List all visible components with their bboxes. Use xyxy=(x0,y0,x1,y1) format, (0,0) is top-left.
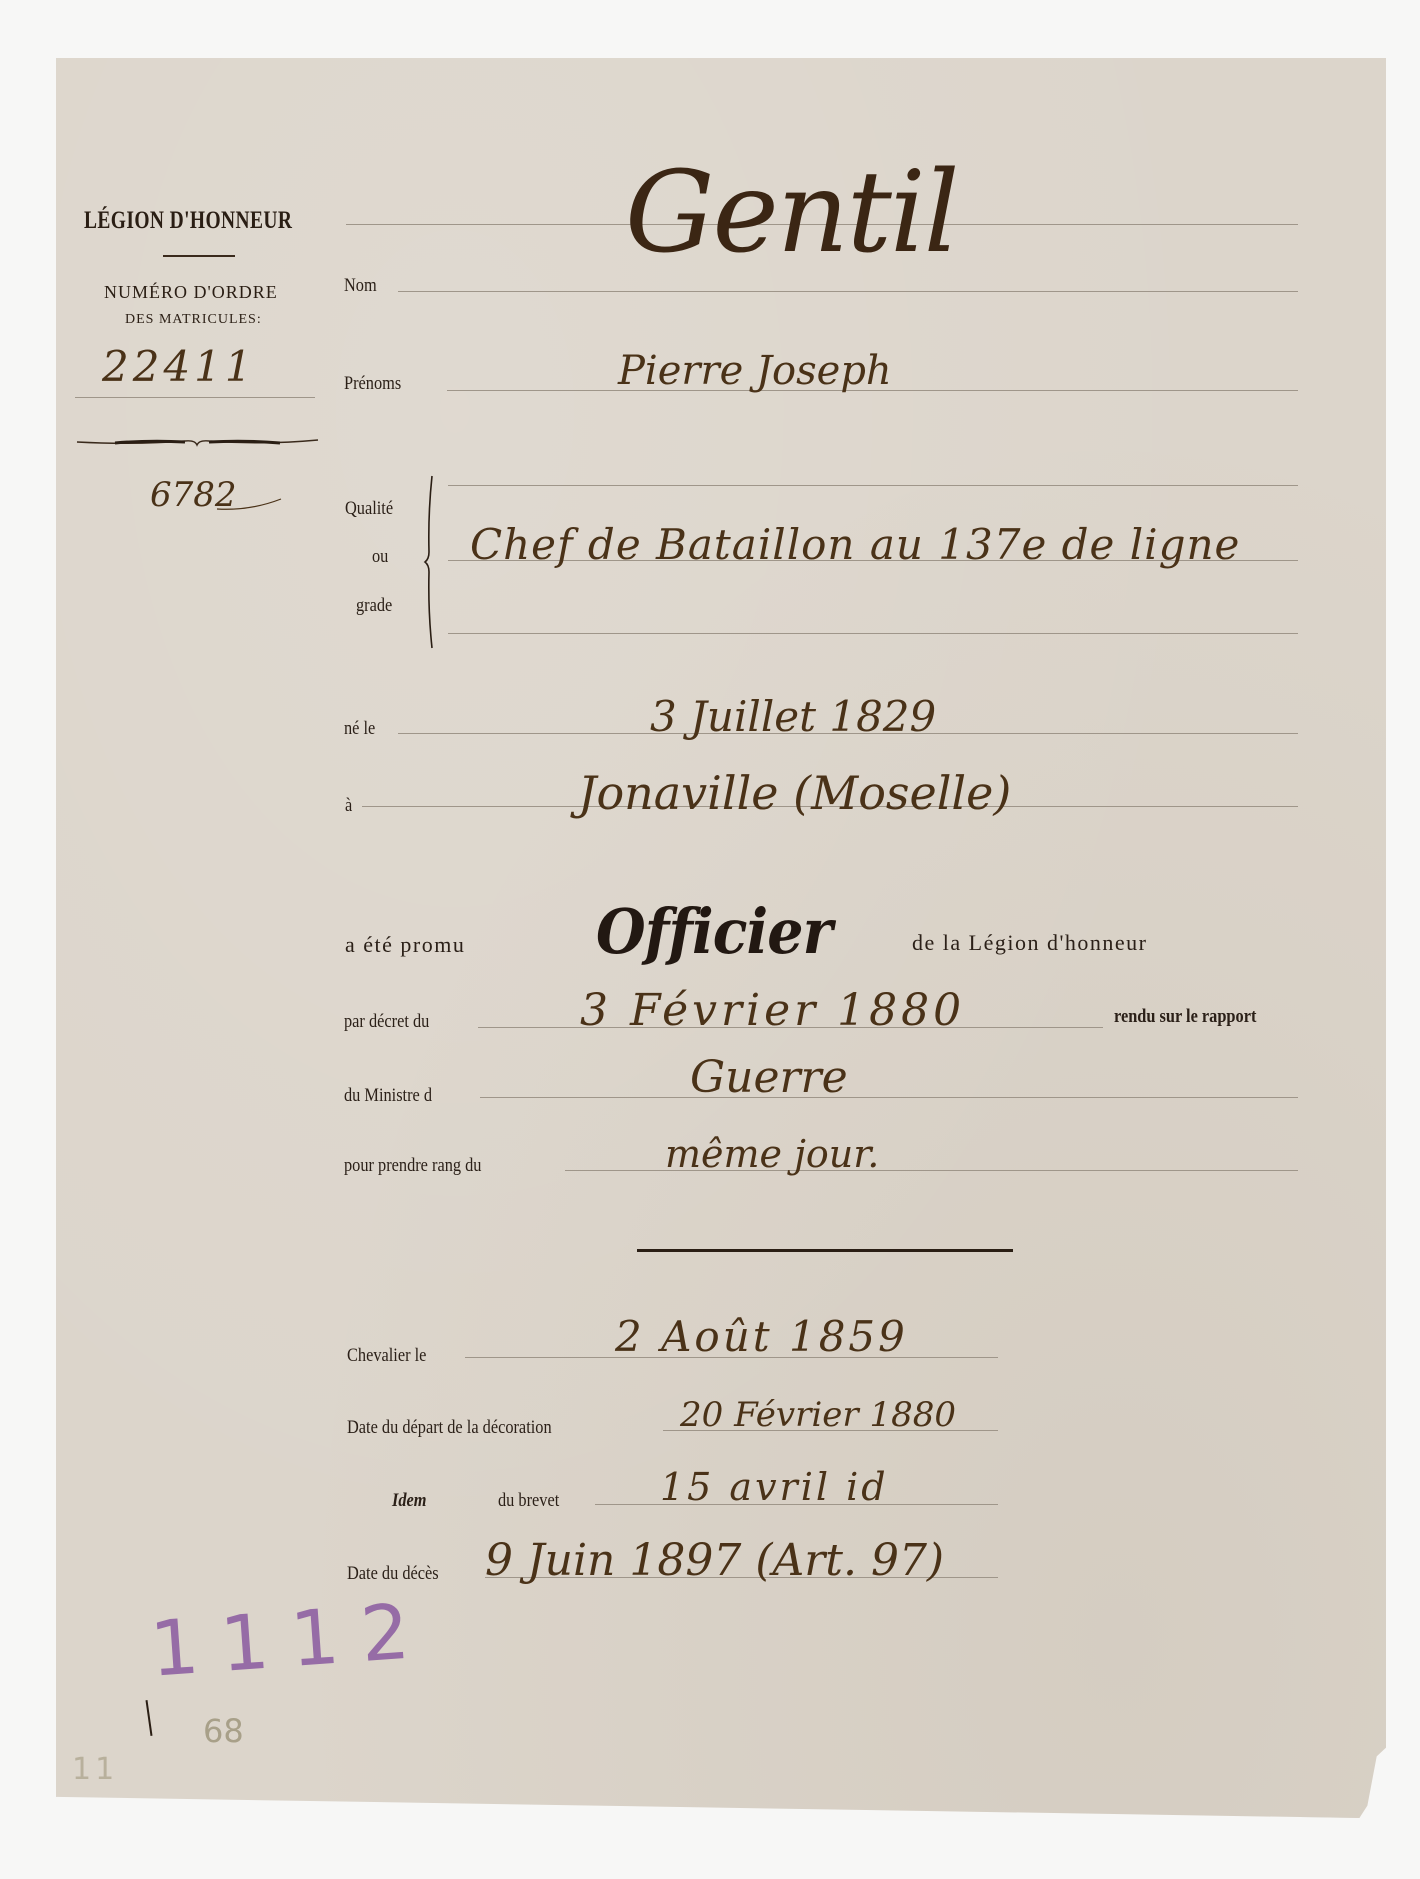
deces-label: Date du décès xyxy=(347,1563,439,1585)
depart-decoration-label: Date du départ de la décoration xyxy=(347,1417,552,1439)
promu-prefix: a été promu xyxy=(345,932,465,958)
nom-label: Nom xyxy=(344,275,377,297)
header-divider xyxy=(163,255,235,257)
rank-title: Officier xyxy=(596,895,832,968)
decret-label: par décret du xyxy=(344,1011,429,1033)
qualite-label-2: ou xyxy=(372,546,388,568)
qualite-value[interactable]: Chef de Bataillon au 137e de ligne xyxy=(470,520,1240,569)
matricule-underline xyxy=(75,397,315,398)
number-flourish xyxy=(215,497,285,513)
idem-label: Idem xyxy=(392,1490,426,1512)
ministre-value[interactable]: Guerre xyxy=(690,1052,848,1103)
chevalier-label: Chevalier le xyxy=(347,1345,426,1367)
brevet-value[interactable]: 15 avril id xyxy=(660,1465,889,1509)
header-title: LÉGION D'HONNEUR xyxy=(84,207,292,235)
matricule-number: 22411 xyxy=(102,342,256,391)
nom-rule xyxy=(398,291,1298,292)
header-subtitle-2: DES MATRICULES: xyxy=(125,312,262,328)
brevet-label: du brevet xyxy=(498,1490,559,1512)
qualite-rule-top xyxy=(448,485,1298,486)
ornament-divider xyxy=(75,436,320,450)
a-value[interactable]: Jonaville (Moselle) xyxy=(578,766,1011,820)
promu-suffix: de la Légion d'honneur xyxy=(912,930,1148,956)
ministre-rule xyxy=(480,1097,1298,1098)
qualite-rule-bottom xyxy=(448,633,1298,634)
ne-le-label: né le xyxy=(344,718,375,740)
decret-value[interactable]: 3 Février 1880 xyxy=(580,985,965,1036)
pencil-mark: 11 xyxy=(72,1752,118,1787)
a-label: à xyxy=(345,795,352,817)
ne-le-value[interactable]: 3 Juillet 1829 xyxy=(650,692,936,741)
qualite-label-3: grade xyxy=(356,595,392,617)
rang-value[interactable]: même jour. xyxy=(665,1132,879,1176)
qualite-label-1: Qualité xyxy=(345,498,393,520)
prenoms-label: Prénoms xyxy=(344,373,401,395)
nom-value[interactable]: Gentil xyxy=(625,148,958,278)
rapport-label: rendu sur le rapport xyxy=(1114,1006,1256,1028)
ministre-label: du Ministre d xyxy=(344,1085,432,1107)
prenoms-value[interactable]: Pierre Joseph xyxy=(618,348,892,394)
chevalier-value[interactable]: 2 Août 1859 xyxy=(615,1312,908,1361)
header-subtitle-1: NUMÉRO D'ORDRE xyxy=(104,282,278,303)
pencil-number: 68 xyxy=(203,1712,244,1750)
section-divider xyxy=(637,1249,1013,1252)
deces-value[interactable]: 9 Juin 1897 (Art. 97) xyxy=(485,1535,944,1586)
rang-label: pour prendre rang du xyxy=(344,1155,481,1177)
qualite-brace xyxy=(422,474,438,650)
depart-decoration-value[interactable]: 20 Février 1880 xyxy=(680,1395,956,1435)
